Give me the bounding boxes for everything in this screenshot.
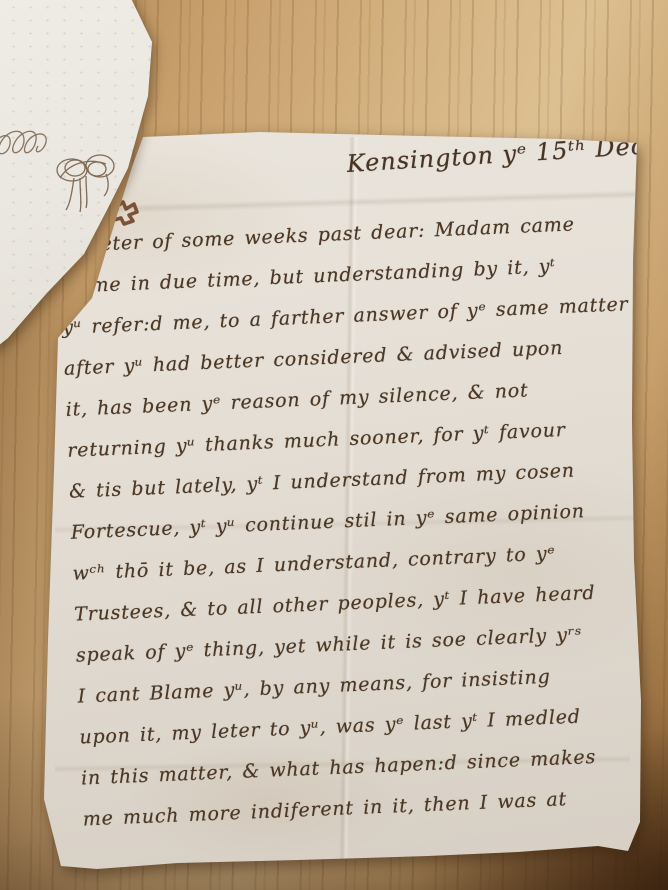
scribble-sheet-wrapper: [0, 0, 668, 890]
scribble-sheet: [0, 0, 188, 368]
photo-scene: Kensington yᵉ 15ᵗʰ Decem yʳ Leter of som…: [0, 0, 668, 890]
ink-scribble-center-icon: [50, 148, 130, 220]
